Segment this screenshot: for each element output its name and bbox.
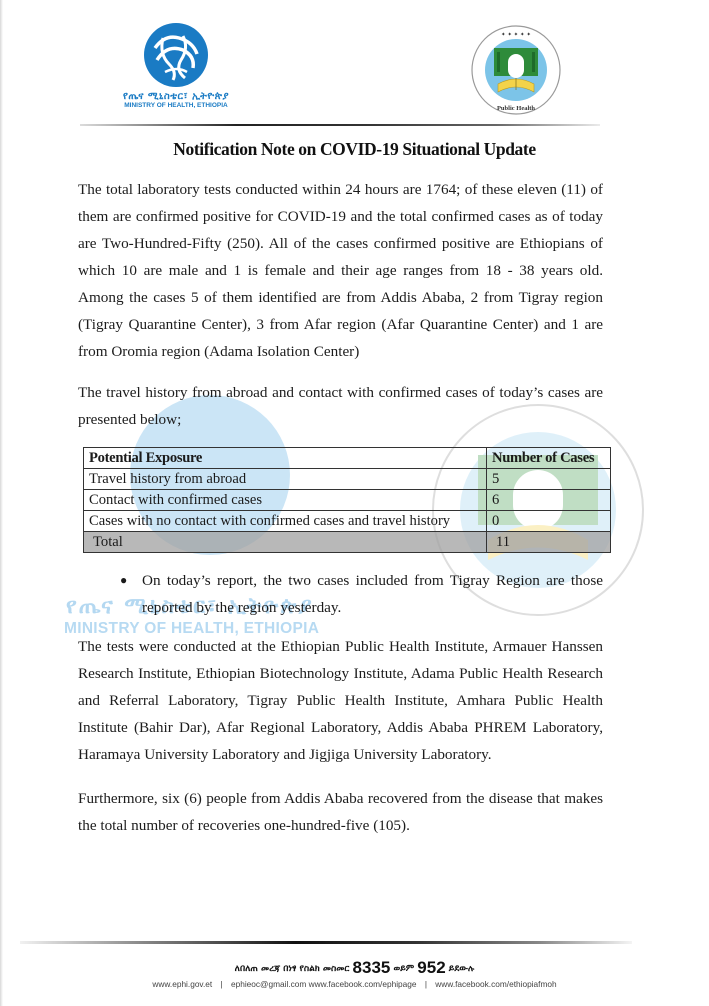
paragraph-table-intro: The travel history from abroad and conta…: [78, 379, 603, 433]
table-header-row: Potential Exposure Number of Cases: [84, 448, 611, 469]
exposure-label: Contact with confirmed cases: [84, 490, 487, 511]
table-row: Travel history from abroad 5: [84, 469, 611, 490]
exposure-count: 5: [487, 469, 611, 490]
bullet-text: On today’s report, the two cases include…: [142, 567, 603, 621]
exposure-label: Travel history from abroad: [84, 469, 487, 490]
header-divider: [80, 124, 600, 126]
bullet-icon: ●: [120, 567, 127, 594]
table-row: Cases with no contact with confirmed cas…: [84, 511, 611, 532]
separator: |: [425, 979, 427, 989]
paragraph-testing-laboratories: The tests were conducted at the Ethiopia…: [78, 633, 603, 768]
exposure-count: 6: [487, 490, 611, 511]
moh-facebook-link[interactable]: www.facebook.com/ethiopiafmoh: [435, 979, 556, 989]
bullet-list-item: ● On today’s report, the two cases inclu…: [120, 567, 603, 621]
footer-hotline: ለበለጠ መረጃ በነፃ የስልክ መስመር 8335 ወይም 952 ይደውሉ: [0, 958, 709, 978]
hotline-suffix: ይደውሉ: [449, 964, 475, 974]
exposure-table: Potential Exposure Number of Cases Trave…: [83, 447, 611, 553]
ministry-of-health-logo: የጤና ሚኒስቴር፣ ኢትዮጵያ MINISTRY OF HEALTH, ETH…: [114, 22, 238, 109]
hotline-number-1: 8335: [353, 958, 391, 977]
website-link[interactable]: www.ephi.gov.et: [152, 979, 212, 989]
column-header-number-of-cases: Number of Cases: [487, 448, 611, 469]
footer-divider: [20, 941, 632, 944]
ministry-amharic-name: የጤና ሚኒስቴር፣ ኢትዮጵያ: [114, 91, 238, 102]
hotline-number-2: 952: [417, 958, 445, 977]
hotline-or: ወይም: [394, 964, 415, 974]
exposure-count: 0: [487, 511, 611, 532]
ephi-seal-icon: ✦ ✦ ✦ ✦ ✦ Public Health: [470, 24, 562, 116]
svg-text:✦ ✦ ✦ ✦ ✦: ✦ ✦ ✦ ✦ ✦: [501, 31, 531, 38]
column-header-potential-exposure: Potential Exposure: [84, 448, 487, 469]
total-label: Total: [84, 532, 487, 553]
paragraph-recoveries: Furthermore, six (6) people from Addis A…: [78, 785, 603, 839]
ministry-english-name: MINISTRY OF HEALTH, ETHIOPIA: [114, 102, 238, 109]
email-and-facebook-link[interactable]: ephieoc@gmail.com www.facebook.com/ephip…: [231, 979, 417, 989]
svg-text:Public Health: Public Health: [497, 105, 535, 112]
separator: |: [221, 979, 223, 989]
document-title: Notification Note on COVID-19 Situationa…: [0, 139, 709, 160]
exposure-label: Cases with no contact with confirmed cas…: [84, 511, 487, 532]
ministry-of-health-emblem-icon: [143, 22, 209, 88]
hotline-prefix: ለበለጠ መረጃ በነፃ የስልክ መስመር: [235, 964, 350, 974]
paragraph-lab-tests-summary: The total laboratory tests conducted wit…: [78, 176, 603, 365]
table-total-row: Total 11: [84, 532, 611, 553]
total-count: 11: [487, 532, 611, 553]
table-row: Contact with confirmed cases 6: [84, 490, 611, 511]
footer-links: www.ephi.gov.et | ephieoc@gmail.com www.…: [0, 979, 709, 989]
